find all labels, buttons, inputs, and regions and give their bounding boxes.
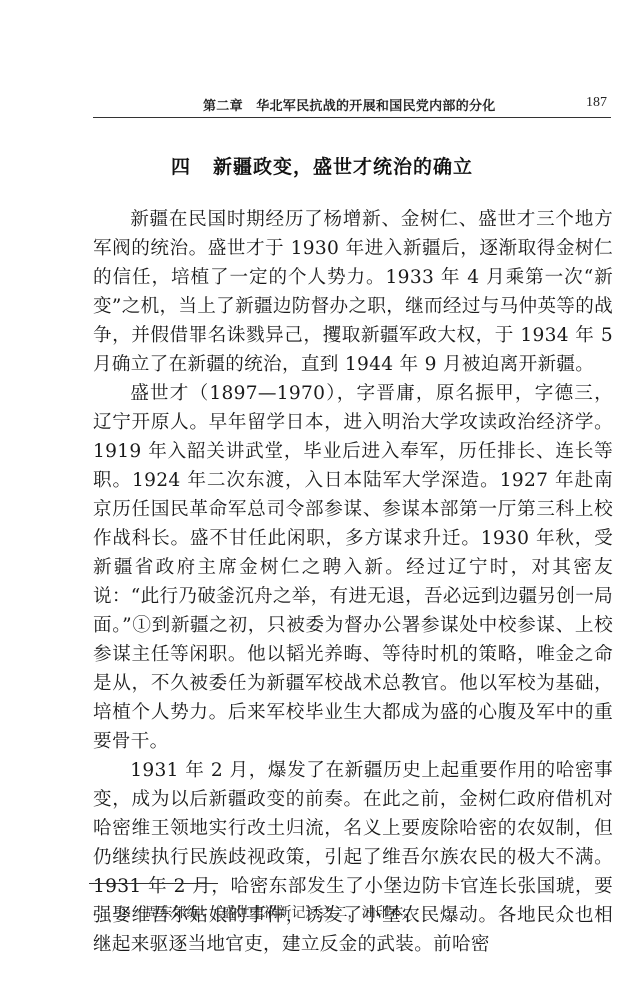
footnote-marker: ① <box>118 905 131 921</box>
header-rule <box>93 117 611 118</box>
page-number: 187 <box>586 95 607 111</box>
footnote: ①周东郊编：《盛世才祸新记》之二，油印本。 <box>118 902 418 922</box>
paragraph: 新疆在民国时期经历了杨增新、金树仁、盛世才三个地方军阀的统治。盛世才于 1930… <box>93 205 613 379</box>
footnote-text: 周东郊编：《盛世才祸新记》之二，油印本。 <box>145 905 418 921</box>
paragraph: 1931 年 2 月，爆发了在新疆历史上起重要作用的哈密事变，成为以后新疆政变的… <box>93 756 613 959</box>
section-number: 四 <box>171 156 191 178</box>
section-heading: 四新疆政变，盛世才统治的确立 <box>0 152 644 179</box>
chapter-title: 第二章 华北军民抗战的开展和国民党内部的分化 <box>203 95 496 114</box>
body-text: 新疆在民国时期经历了杨增新、金树仁、盛世才三个地方军阀的统治。盛世才于 1930… <box>93 205 613 959</box>
paragraph: 盛世才（1897—1970），字晋庸，原名振甲，字德三，辽宁开原人。早年留学日本… <box>93 379 613 756</box>
section-title: 新疆政变，盛世才统治的确立 <box>213 156 473 178</box>
running-head: 第二章 华北军民抗战的开展和国民党内部的分化 187 <box>93 93 611 115</box>
footnote-rule <box>89 883 218 884</box>
